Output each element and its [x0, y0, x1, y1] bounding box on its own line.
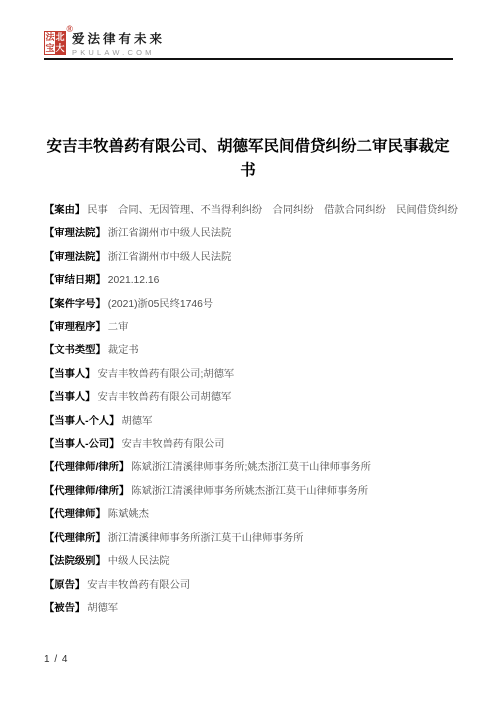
meta-row-defendant: 【被告】胡德军: [44, 597, 484, 620]
seal-char: 宝: [45, 43, 55, 54]
meta-label: 【当事人】: [44, 392, 95, 403]
meta-row-court: 【审理法院】浙江省湖州市中级人民法院: [44, 246, 484, 269]
meta-row-procedure: 【审理程序】二审: [44, 316, 484, 339]
meta-label: 【当事人-公司】: [44, 439, 120, 450]
meta-value: 陈斌姚杰: [108, 509, 149, 520]
meta-label: 【审理程序】: [44, 322, 106, 333]
meta-row-party-person: 【当事人-个人】胡德军: [44, 410, 484, 433]
meta-row-doc-type: 【文书类型】裁定书: [44, 339, 484, 362]
seal-char: 大: [55, 43, 65, 54]
meta-label: 【审理法院】: [44, 228, 106, 239]
brand-slogan: 爱法律有未来: [72, 32, 165, 46]
pkulaw-seal-icon: 法 北 宝 大 ®: [44, 31, 66, 55]
seal-char: 法: [45, 32, 55, 43]
meta-label: 【审理法院】: [44, 252, 106, 263]
meta-label: 【文书类型】: [44, 345, 106, 356]
meta-row-parties: 【当事人】安吉丰牧兽药有限公司胡德军: [44, 386, 484, 409]
meta-row-cause: 【案由】民事 合同、无因管理、不当得利纠纷 合同纠纷 借款合同纠纷 民间借贷纠纷: [44, 199, 484, 222]
meta-value: 中级人民法院: [108, 556, 170, 567]
meta-value: 裁定书: [108, 345, 139, 356]
meta-label: 【当事人】: [44, 369, 95, 380]
meta-value: 安吉丰牧兽药有限公司胡德军: [97, 392, 231, 403]
meta-row-parties: 【当事人】安吉丰牧兽药有限公司;胡德军: [44, 363, 484, 386]
meta-value: 浙江省湖州市中级人民法院: [108, 228, 232, 239]
seal-char: 北: [55, 32, 65, 43]
document-title: 安吉丰牧兽药有限公司、胡德军民间借贷纠纷二审民事裁定书: [44, 135, 452, 183]
meta-label: 【原告】: [44, 580, 85, 591]
brand-domain: PKULAW.COM: [72, 48, 165, 57]
meta-value: 二审: [108, 322, 129, 333]
meta-label: 【代理律所】: [44, 533, 106, 544]
meta-row-lawyer-firm: 【代理律师/律所】陈斌浙江清溪律师事务所姚杰浙江莫干山律师事务所: [44, 480, 484, 503]
meta-label: 【法院级别】: [44, 556, 106, 567]
meta-value: 浙江清溪律师事务所浙江莫干山律师事务所: [108, 533, 304, 544]
meta-value: 安吉丰牧兽药有限公司;胡德军: [97, 369, 234, 380]
meta-value: 陈斌浙江清溪律师事务所姚杰浙江莫干山律师事务所: [131, 486, 368, 497]
meta-label: 【案由】: [44, 205, 85, 216]
meta-row-plaintiff: 【原告】安吉丰牧兽药有限公司: [44, 574, 484, 597]
meta-row-lawyer-firm: 【代理律师/律所】陈斌浙江清溪律师事务所;姚杰浙江莫干山律师事务所: [44, 456, 484, 479]
meta-row-case-number: 【案件字号】(2021)浙05民终1746号: [44, 293, 484, 316]
meta-label: 【被告】: [44, 603, 85, 614]
meta-value: 民事 合同、无因管理、不当得利纠纷 合同纠纷 借款合同纠纷 民间借贷纠纷: [87, 205, 458, 216]
meta-row-close-date: 【审结日期】2021.12.16: [44, 269, 484, 292]
meta-value: 胡德军: [87, 603, 118, 614]
meta-label: 【代理律师/律所】: [44, 486, 129, 497]
meta-label: 【代理律师/律所】: [44, 462, 129, 473]
meta-value: (2021)浙05民终1746号: [108, 299, 213, 310]
meta-row-court-level: 【法院级别】中级人民法院: [44, 550, 484, 573]
document-page: 法 北 宝 大 ® 爱法律有未来 PKULAW.COM 安吉丰牧兽药有限公司、胡…: [0, 0, 496, 702]
registered-trademark-icon: ®: [66, 25, 73, 34]
meta-value: 胡德军: [122, 416, 153, 427]
meta-value: 2021.12.16: [108, 275, 160, 286]
meta-row-lawyers: 【代理律师】陈斌姚杰: [44, 503, 484, 526]
page-number: 1 / 4: [44, 654, 68, 665]
meta-value: 安吉丰牧兽药有限公司: [87, 580, 190, 591]
meta-row-court: 【审理法院】浙江省湖州市中级人民法院: [44, 222, 484, 245]
header-divider: [44, 58, 453, 60]
meta-label: 【代理律师】: [44, 509, 106, 520]
brand-text: 爱法律有未来 PKULAW.COM: [72, 31, 165, 57]
meta-row-law-firms: 【代理律所】浙江清溪律师事务所浙江莫干山律师事务所: [44, 527, 484, 550]
meta-label: 【审结日期】: [44, 275, 106, 286]
meta-value: 陈斌浙江清溪律师事务所;姚杰浙江莫干山律师事务所: [131, 462, 371, 473]
meta-label: 【当事人-个人】: [44, 416, 120, 427]
meta-row-party-company: 【当事人-公司】安吉丰牧兽药有限公司: [44, 433, 484, 456]
case-metadata-list: 【案由】民事 合同、无因管理、不当得利纠纷 合同纠纷 借款合同纠纷 民间借贷纠纷…: [44, 199, 484, 620]
pkulaw-logo: 法 北 宝 大 ® 爱法律有未来 PKULAW.COM: [44, 31, 165, 57]
meta-label: 【案件字号】: [44, 299, 106, 310]
meta-value: 浙江省湖州市中级人民法院: [108, 252, 232, 263]
meta-value: 安吉丰牧兽药有限公司: [122, 439, 225, 450]
